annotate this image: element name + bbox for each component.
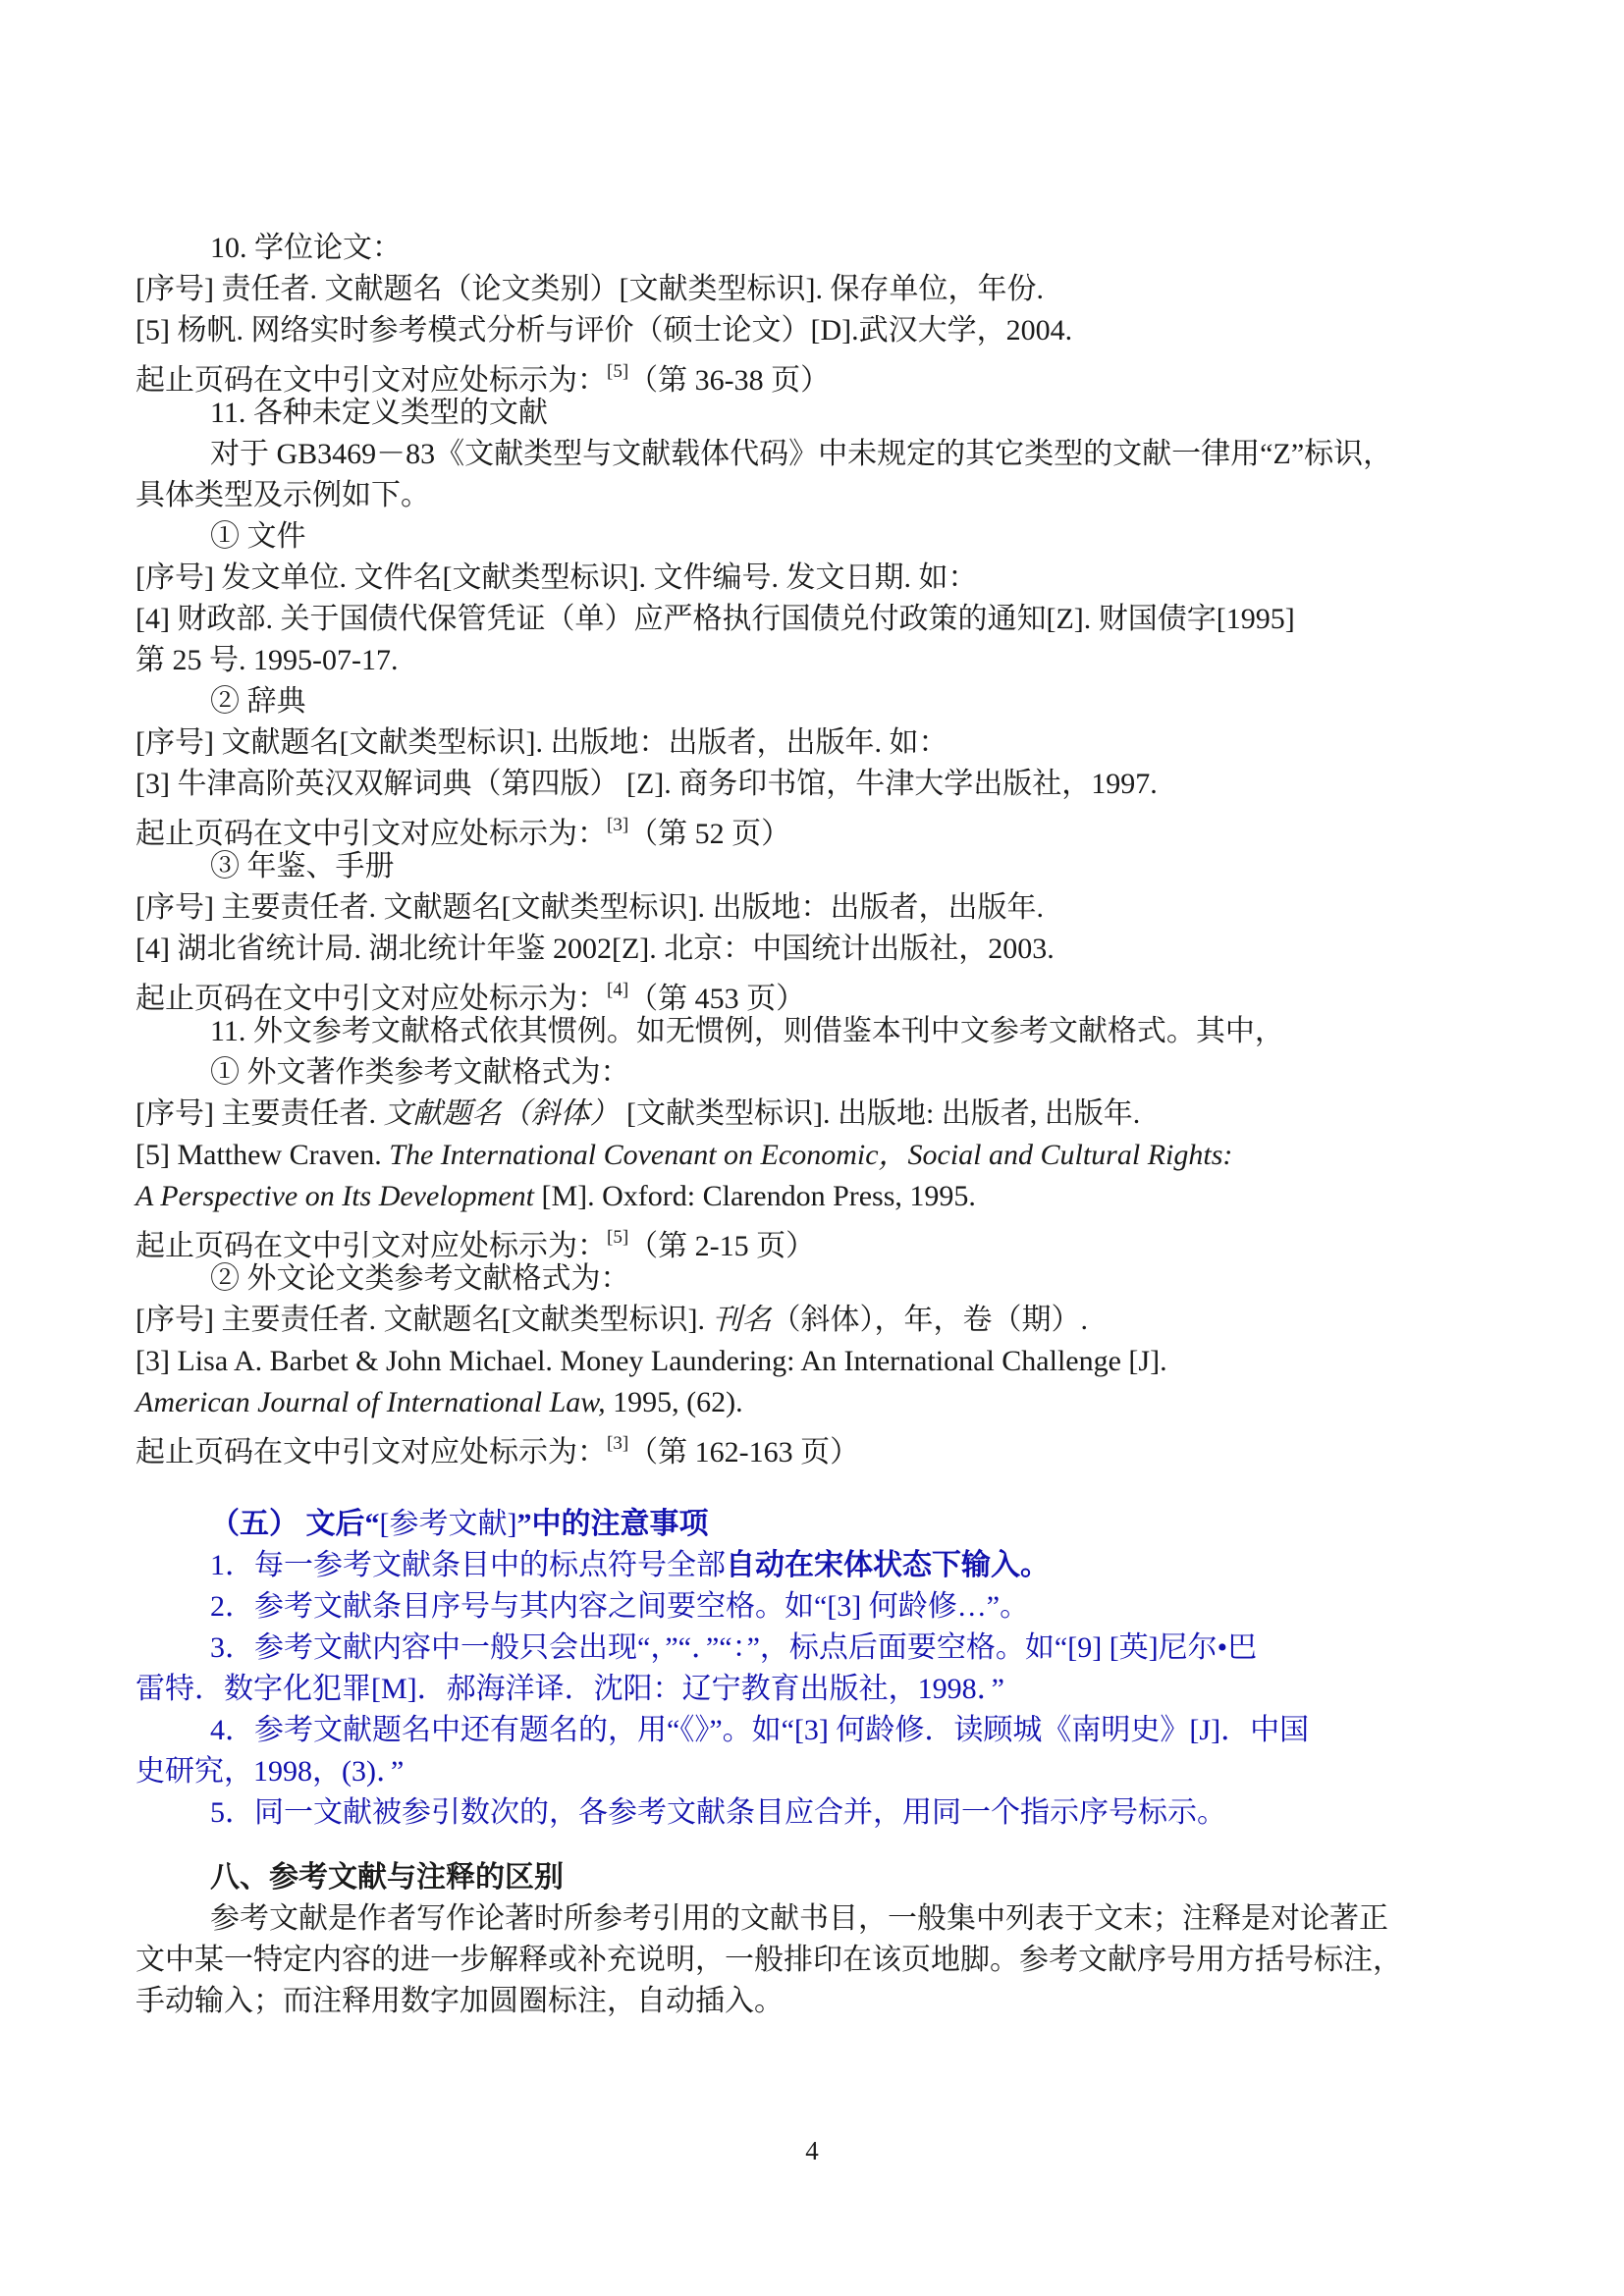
text-segment: [3] 牛津高阶英汉双解词典（第四版） [Z]. 商务印书馆，牛津大学出版社，1… <box>135 768 1158 800</box>
text-segment: The International Covenant on Economic，S… <box>389 1139 1232 1171</box>
superscript-citation: [3] <box>607 815 628 835</box>
document-line: ② 辞典 <box>135 681 1500 722</box>
text-segment: （斜体），年，卷（期）. <box>771 1304 1088 1336</box>
document-line: [3] Lisa A. Barbet & John Michael. Money… <box>135 1341 1500 1382</box>
text-segment: [序号] 责任者. 文献题名（论文类别）[文献类型标识]. 保存单位，年份. <box>135 273 1044 305</box>
text-segment: 4．参考文献题名中还有题名的，用“《》”。如“[3] 何龄修．读顾城《南明史》[… <box>210 1714 1309 1746</box>
text-segment: ③ 年鉴、手册 <box>210 850 395 882</box>
text-segment: 11. 外文参考文献格式依其惯例。如无惯例，则借鉴本刊中文参考文献格式。其中， <box>210 1015 1284 1047</box>
document-line: [5] 杨帆. 网络实时参考模式分析与评价（硕士论文）[D].武汉大学，2004… <box>135 310 1500 351</box>
text-segment: （第 162-163 页） <box>628 1436 859 1468</box>
document-line: 11. 外文参考文献格式依其惯例。如无惯例，则借鉴本刊中文参考文献格式。其中， <box>135 1011 1500 1052</box>
superscript-citation: [5] <box>607 361 628 382</box>
document-line: 对于 GB3469－83《文献类型与文献载体代码》中未规定的其它类型的文献一律用… <box>135 434 1500 475</box>
document-line: 雷特．数字化犯罪[M]．郝海洋译．沈阳：辽宁教育出版社，1998．” <box>135 1669 1500 1710</box>
text-segment: ”中的注意事项 <box>516 1508 708 1540</box>
text-segment: 1．每一参考文献条目中的标点符号全部 <box>210 1549 726 1581</box>
text-segment: [M]. Oxford: Clarendon Press, 1995. <box>534 1180 976 1212</box>
document-line: 5．同一文献被参引数次的，各参考文献条目应合并，用同一个指示序号标示。 <box>135 1792 1500 1834</box>
text-segment: 10. 学位论文： <box>210 232 402 264</box>
document-line: 起止页码在文中引文对应处标示为：[5]（第 2-15 页） <box>135 1217 1500 1258</box>
document-line: ① 文件 <box>135 516 1500 558</box>
text-segment: 2．参考文献条目序号与其内容之间要空格。如“[3] 何龄修…”。 <box>210 1590 1029 1623</box>
text-segment: 雷特．数字化犯罪[M]．郝海洋译．沈阳：辽宁教育出版社，1998．” <box>135 1673 1004 1705</box>
text-segment: 具体类型及示例如下。 <box>135 479 430 511</box>
document-line: [5] Matthew Craven. The International Co… <box>135 1135 1500 1176</box>
text-segment: （第 36-38 页） <box>628 364 830 397</box>
text-segment: 八、参考文献与注释的区别 <box>210 1861 564 1894</box>
document-line: [序号] 主要责任者. 文献题名（斜体） [文献类型标识]. 出版地: 出版者,… <box>135 1094 1500 1135</box>
text-segment: [序号] 主要责任者. <box>135 1097 383 1130</box>
text-segment: [序号] 文献题名[文献类型标识]. 出版地：出版者，出版年. 如： <box>135 726 947 759</box>
document-line: [4] 湖北省统计局. 湖北统计年鉴 2002[Z]. 北京：中国统计出版社，2… <box>135 929 1500 970</box>
document-page: 10. 学位论文：[序号] 责任者. 文献题名（论文类别）[文献类型标识]. 保… <box>0 0 1624 2296</box>
document-line: 史研究，1998，(3)．” <box>135 1751 1500 1792</box>
document-line: 起止页码在文中引文对应处标示为：[3]（第 162-163 页） <box>135 1423 1500 1465</box>
text-segment: American Journal of International Law, <box>135 1386 606 1418</box>
text-segment: [序号] 主要责任者. 文献题名[文献类型标识]. <box>135 1304 712 1336</box>
page-number: 4 <box>0 2136 1624 2166</box>
text-segment: 11. 各种未定义类型的文献 <box>210 397 548 429</box>
document-line: 起止页码在文中引文对应处标示为：[4]（第 453 页） <box>135 970 1500 1011</box>
document-line: [序号] 主要责任者. 文献题名[文献类型标识]. 刊名（斜体），年，卷（期）. <box>135 1300 1500 1341</box>
text-segment: [序号] 主要责任者. 文献题名[文献类型标识]. 出版地：出版者，出版年. <box>135 891 1044 924</box>
document-line: [序号] 主要责任者. 文献题名[文献类型标识]. 出版地：出版者，出版年. <box>135 887 1500 929</box>
superscript-citation: [4] <box>607 980 628 1000</box>
document-line: ① 外文著作类参考文献格式为： <box>135 1052 1500 1094</box>
text-segment: ② 外文论文类参考文献格式为： <box>210 1262 630 1295</box>
document-line: 11. 各种未定义类型的文献 <box>135 393 1500 434</box>
document-line: 第 25 号. 1995-07-17. <box>135 640 1500 681</box>
document-line: ③ 年鉴、手册 <box>135 846 1500 887</box>
text-segment: 参考文献是作者写作论著时所参考引用的文献书目，一般集中列表于文末；注释是对论著正 <box>210 1902 1388 1935</box>
text-segment: A Perspective on Its Development <box>135 1180 534 1212</box>
text-segment: （五） 文后“ <box>210 1508 380 1540</box>
text-segment: （第 52 页） <box>628 818 790 850</box>
document-line: 起止页码在文中引文对应处标示为：[5]（第 36-38 页） <box>135 351 1500 393</box>
document-line: 起止页码在文中引文对应处标示为：[3]（第 52 页） <box>135 805 1500 846</box>
document-line: 文中某一特定内容的进一步解释或补充说明，一般排印在该页地脚。参考文献序号用方括号… <box>135 1940 1500 1981</box>
text-segment: [5] 杨帆. 网络实时参考模式分析与评价（硕士论文）[D].武汉大学，2004… <box>135 314 1072 347</box>
document-line: [3] 牛津高阶英汉双解词典（第四版） [Z]. 商务印书馆，牛津大学出版社，1… <box>135 764 1500 805</box>
superscript-citation: [5] <box>607 1227 628 1248</box>
text-segment: 手动输入；而注释用数字加圆圈标注，自动插入。 <box>135 1985 784 2017</box>
document-line: 八、参考文献与注释的区别 <box>135 1857 1500 1898</box>
text-segment: （第 2-15 页） <box>628 1230 815 1262</box>
document-line: 1．每一参考文献条目中的标点符号全部自动在宋体状态下输入。 <box>135 1545 1500 1586</box>
document-body: 10. 学位论文：[序号] 责任者. 文献题名（论文类别）[文献类型标识]. 保… <box>135 228 1500 2022</box>
document-line: [4] 财政部. 关于国债代保管凭证（单）应严格执行国债兑付政策的通知[Z]. … <box>135 599 1500 640</box>
document-line: A Perspective on Its Development [M]. Ox… <box>135 1176 1500 1217</box>
document-line: 4．参考文献题名中还有题名的，用“《》”。如“[3] 何龄修．读顾城《南明史》[… <box>135 1710 1500 1751</box>
document-line: [序号] 责任者. 文献题名（论文类别）[文献类型标识]. 保存单位，年份. <box>135 269 1500 310</box>
superscript-citation: [3] <box>607 1433 628 1454</box>
text-segment: [4] 湖北省统计局. 湖北统计年鉴 2002[Z]. 北京：中国统计出版社，2… <box>135 933 1055 965</box>
text-segment: 文献题名（斜体） <box>383 1097 619 1130</box>
document-line: 手动输入；而注释用数字加圆圈标注，自动插入。 <box>135 1981 1500 2022</box>
text-segment: [参考文献] <box>380 1508 517 1540</box>
document-line: 10. 学位论文： <box>135 228 1500 269</box>
text-segment: 5．同一文献被参引数次的，各参考文献条目应合并，用同一个指示序号标示。 <box>210 1796 1226 1829</box>
document-line: [序号] 发文单位. 文件名[文献类型标识]. 文件编号. 发文日期. 如： <box>135 558 1500 599</box>
text-segment: ① 外文著作类参考文献格式为： <box>210 1056 630 1089</box>
text-segment: 3．参考文献内容中一般只会出现“，”“．”“：”，标点后面要空格。如“[9] [… <box>210 1631 1257 1664</box>
document-line: American Journal of International Law, 1… <box>135 1382 1500 1423</box>
text-segment: ② 辞典 <box>210 685 306 718</box>
document-line: 3．参考文献内容中一般只会出现“，”“．”“：”，标点后面要空格。如“[9] [… <box>135 1628 1500 1669</box>
text-segment: 对于 GB3469－83《文献类型与文献载体代码》中未规定的其它类型的文献一律用… <box>210 438 1392 470</box>
text-segment: ① 文件 <box>210 520 306 553</box>
text-segment: 第 25 号. 1995-07-17. <box>135 644 398 676</box>
text-segment: 自动在宋体状态下输入。 <box>726 1549 1050 1581</box>
document-line: （五） 文后“[参考文献]”中的注意事项 <box>135 1504 1500 1545</box>
text-segment: [序号] 发文单位. 文件名[文献类型标识]. 文件编号. 发文日期. 如： <box>135 561 977 594</box>
text-segment: 1995, (62). <box>606 1386 743 1418</box>
document-line: [序号] 文献题名[文献类型标识]. 出版地：出版者，出版年. 如： <box>135 722 1500 764</box>
text-segment: [4] 财政部. 关于国债代保管凭证（单）应严格执行国债兑付政策的通知[Z]. … <box>135 603 1295 635</box>
text-segment: 起止页码在文中引文对应处标示为： <box>135 1436 607 1468</box>
document-line: ② 外文论文类参考文献格式为： <box>135 1258 1500 1300</box>
text-segment: 史研究，1998，(3)．” <box>135 1755 404 1788</box>
document-line: 具体类型及示例如下。 <box>135 475 1500 516</box>
text-segment: 刊名 <box>712 1304 771 1336</box>
text-segment: [5] Matthew Craven. <box>135 1139 389 1171</box>
text-segment: [文献类型标识]. 出版地: 出版者, 出版年. <box>619 1097 1140 1130</box>
document-line: 参考文献是作者写作论著时所参考引用的文献书目，一般集中列表于文末；注释是对论著正 <box>135 1898 1500 1940</box>
text-segment: [3] Lisa A. Barbet & John Michael. Money… <box>135 1345 1167 1377</box>
document-line: 2．参考文献条目序号与其内容之间要空格。如“[3] 何龄修…”。 <box>135 1586 1500 1628</box>
text-segment: 文中某一特定内容的进一步解释或补充说明，一般排印在该页地脚。参考文献序号用方括号… <box>135 1944 1402 1976</box>
